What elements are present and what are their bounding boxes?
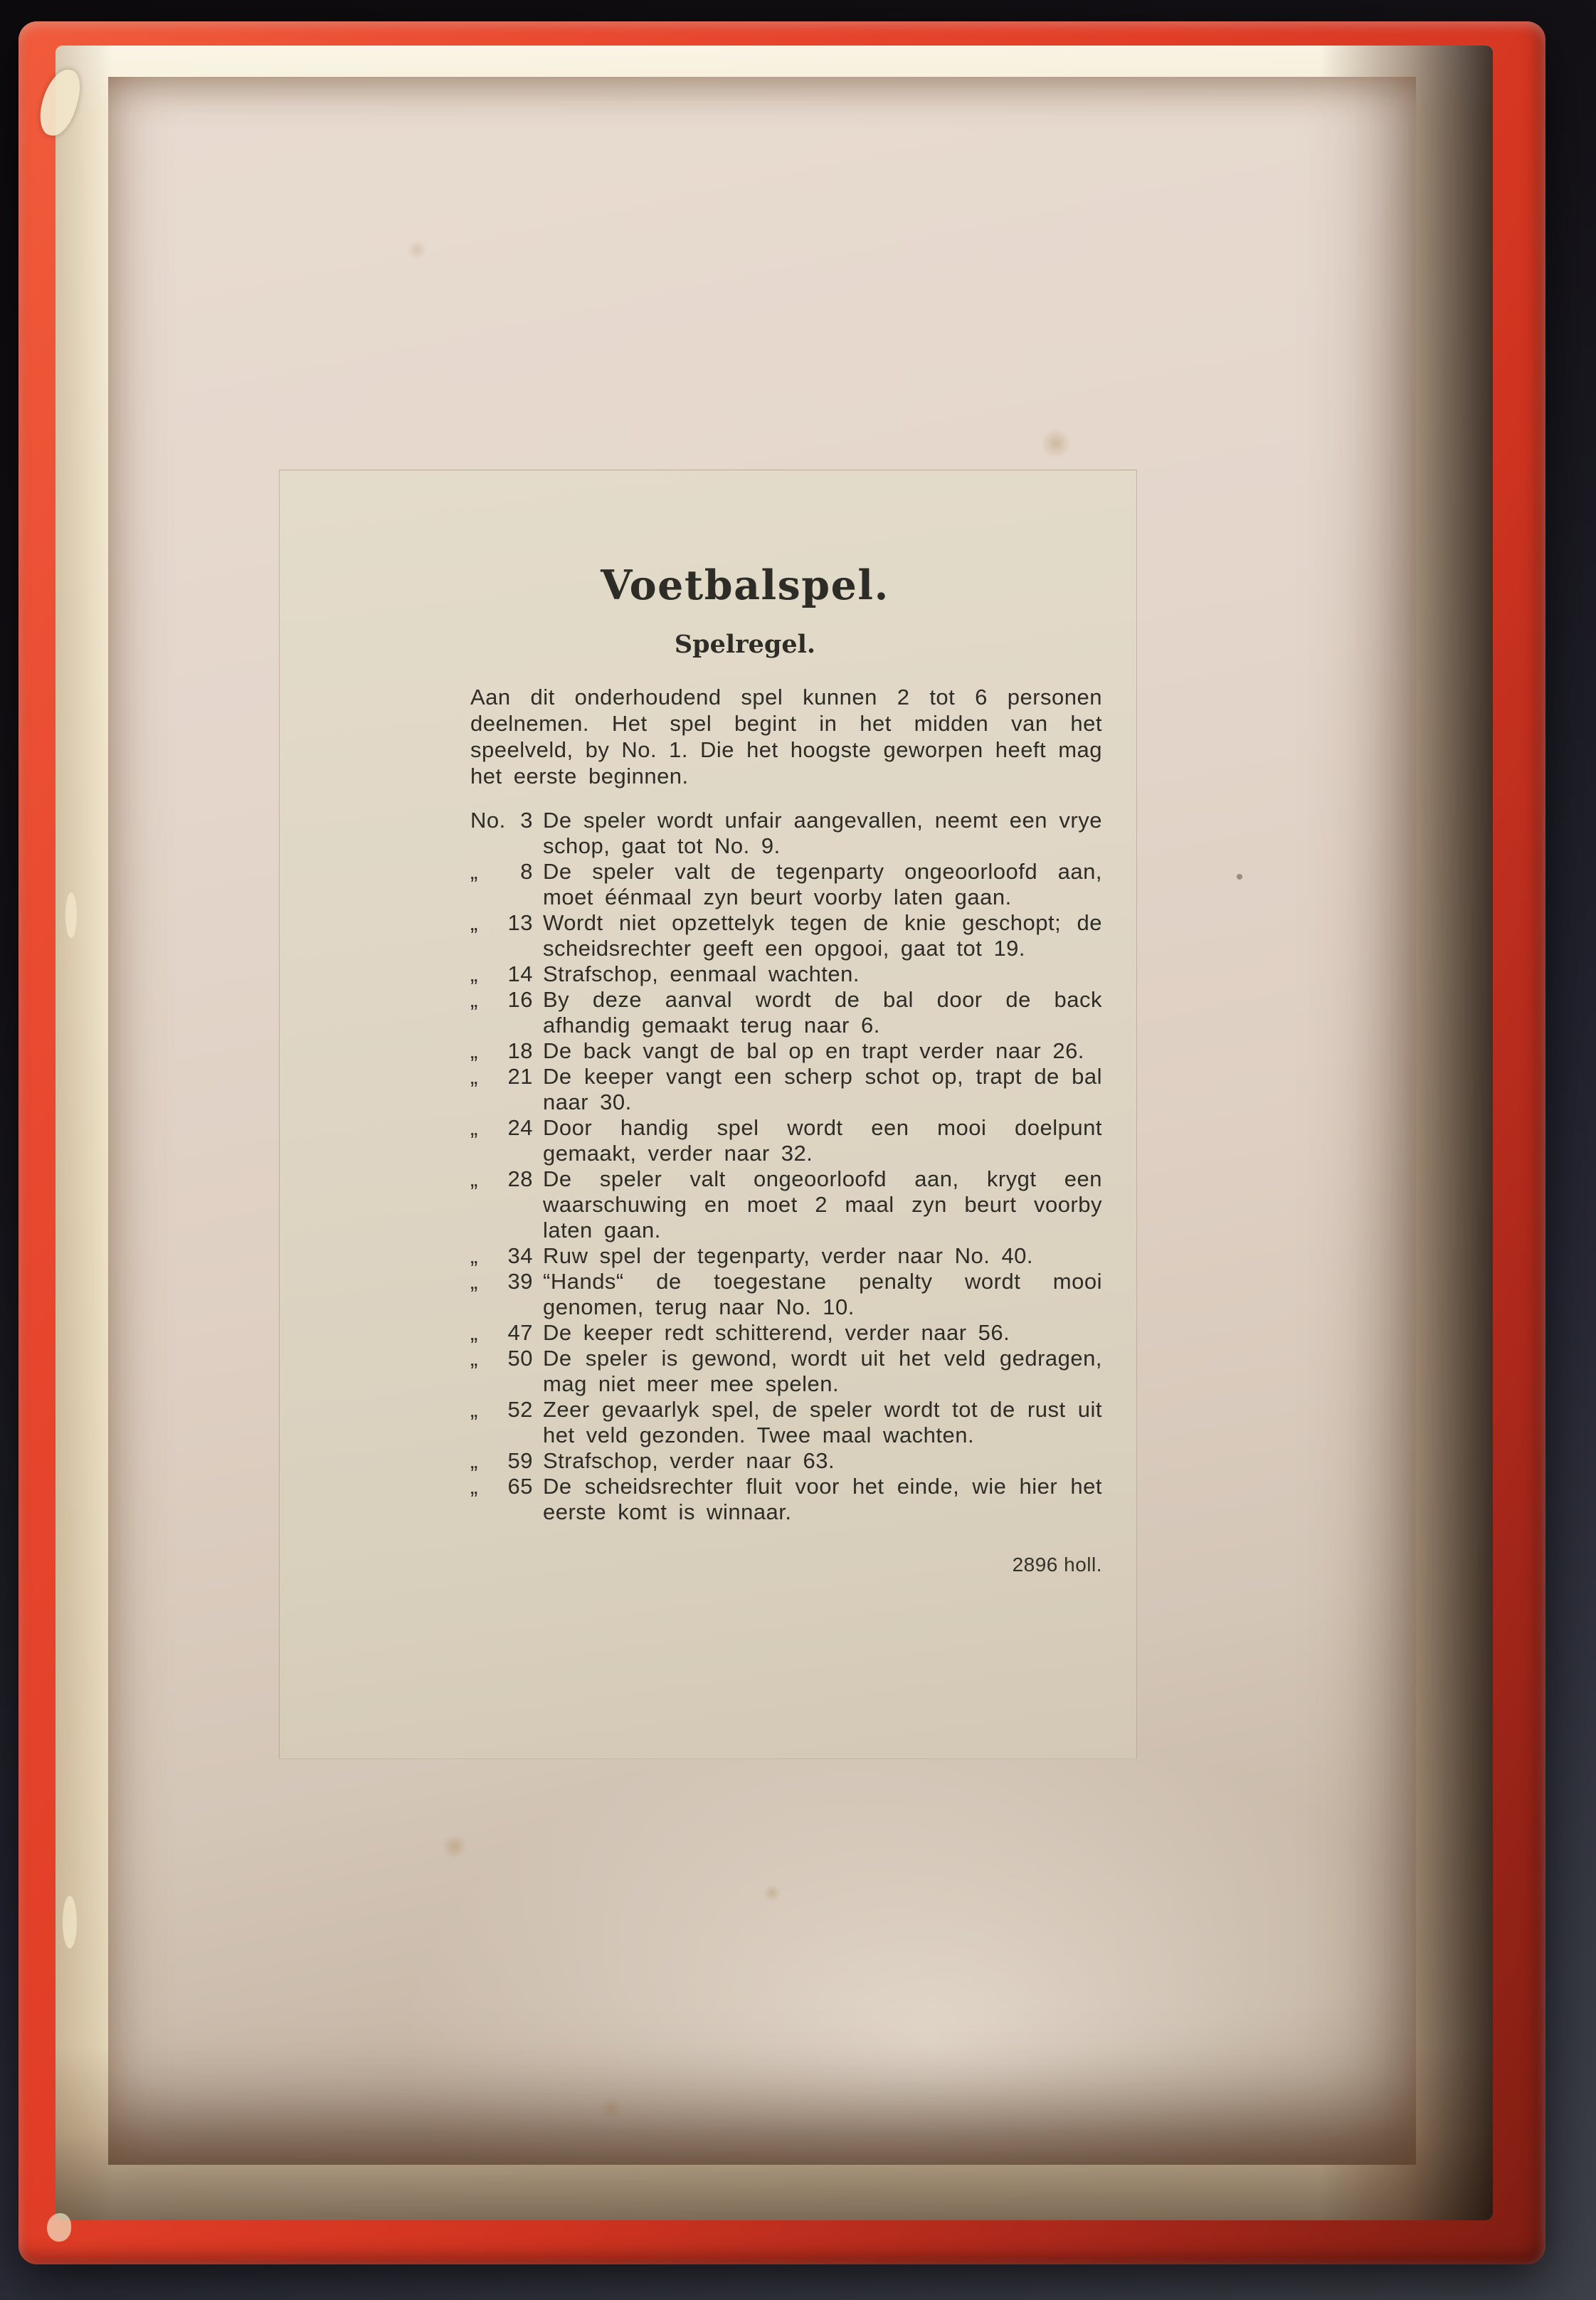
rule-number: 28 <box>503 1166 533 1243</box>
rule-number: 21 <box>503 1064 533 1115</box>
rule-prefix: „ <box>470 1397 503 1448</box>
sheet-title: Voetbalspel. <box>429 563 1061 608</box>
rule-text: Wordt niet opzettelyk tegen de knie gesc… <box>533 910 1102 961</box>
photo-background: Voetbalspel. Spelregel. Aan dit onderhou… <box>0 0 1596 2300</box>
rule-prefix: „ <box>470 1448 503 1474</box>
rule-text: De keeper redt schitterend, verder naar … <box>533 1320 1102 1346</box>
rule-prefix: „ <box>470 1269 503 1320</box>
rule-text: Zeer gevaarlyk spel, de speler wordt tot… <box>533 1397 1102 1448</box>
paper-stain <box>407 241 427 259</box>
rule-text: De keeper vangt een scherp schot op, tra… <box>533 1064 1102 1115</box>
rule-text: Door handig spel wordt een mooi doelpunt… <box>533 1115 1102 1166</box>
rule-text: Strafschop, eenmaal wachten. <box>533 961 1102 987</box>
rule-prefix: „ <box>470 961 503 987</box>
rule-text: By deze aanval wordt de bal door de back… <box>533 987 1102 1038</box>
rule-text: De back vangt de bal op en trapt verder … <box>533 1038 1102 1064</box>
box-floor-paper: Voetbalspel. Spelregel. Aan dit onderhou… <box>108 77 1416 2165</box>
rule-prefix: No. <box>470 808 503 859</box>
paper-stain <box>763 1884 781 1901</box>
rule-row: „ 13 Wordt niet opzettelyk tegen de knie… <box>470 910 1102 961</box>
intro-paragraph: Aan dit onderhoudend spel kunnen 2 tot 6… <box>470 684 1102 789</box>
paper-stain <box>1040 429 1072 458</box>
rule-prefix: „ <box>470 859 503 910</box>
rules-text-column: Voetbalspel. Spelregel. Aan dit onderhou… <box>470 563 1102 1576</box>
rule-prefix: „ <box>470 1166 503 1243</box>
rule-number: 18 <box>503 1038 533 1064</box>
rule-number: 14 <box>503 961 533 987</box>
rule-number: 39 <box>503 1269 533 1320</box>
rule-text: De scheidsrechter fluit voor het einde, … <box>533 1474 1102 1525</box>
rule-text: Ruw spel der tegenparty, verder naar No.… <box>533 1243 1102 1269</box>
rule-row: „ 21 De keeper vangt een scherp schot op… <box>470 1064 1102 1115</box>
paper-speck <box>1237 874 1242 880</box>
rule-text: De speler is gewond, wordt uit het veld … <box>533 1346 1102 1397</box>
box-damage-chip <box>65 892 77 938</box>
rule-row: „ 24 Door handig spel wordt een mooi doe… <box>470 1115 1102 1166</box>
rule-row: „ 28 De speler valt ongeoorloofd aan, kr… <box>470 1166 1102 1243</box>
rule-row: „ 65 De scheidsrechter fluit voor het ei… <box>470 1474 1102 1525</box>
game-box-red-rim: Voetbalspel. Spelregel. Aan dit onderhou… <box>19 21 1545 2264</box>
rule-prefix: „ <box>470 1064 503 1115</box>
rule-number: 34 <box>503 1243 533 1269</box>
sheet-subtitle: Spelregel. <box>429 630 1061 660</box>
rule-row: „ 18 De back vangt de bal op en trapt ve… <box>470 1038 1102 1064</box>
rule-text: “Hands“ de toegestane penalty wordt mooi… <box>533 1269 1102 1320</box>
rule-number: 59 <box>503 1448 533 1474</box>
rule-text: De speler valt ongeoorloofd aan, krygt e… <box>533 1166 1102 1243</box>
rule-number: 16 <box>503 987 533 1038</box>
rule-prefix: „ <box>470 1115 503 1166</box>
rules-sheet: Voetbalspel. Spelregel. Aan dit onderhou… <box>279 470 1137 1759</box>
rule-prefix: „ <box>470 1243 503 1269</box>
rule-text: De speler valt de tegenparty ongeoorloof… <box>533 859 1102 910</box>
rule-prefix: „ <box>470 1346 503 1397</box>
rule-number: 8 <box>503 859 533 910</box>
rule-row: „ 50 De speler is gewond, wordt uit het … <box>470 1346 1102 1397</box>
rule-text: Strafschop, verder naar 63. <box>533 1448 1102 1474</box>
rule-number: 13 <box>503 910 533 961</box>
rule-prefix: „ <box>470 910 503 961</box>
rule-row: „ 8 De speler valt de tegenparty ongeoor… <box>470 859 1102 910</box>
rule-number: 47 <box>503 1320 533 1346</box>
rule-number: 24 <box>503 1115 533 1166</box>
rule-row: „ 16 By deze aanval wordt de bal door de… <box>470 987 1102 1038</box>
rule-row: „ 34 Ruw spel der tegenparty, verder naa… <box>470 1243 1102 1269</box>
box-inner-wall: Voetbalspel. Spelregel. Aan dit onderhou… <box>56 46 1493 2220</box>
rule-number: 50 <box>503 1346 533 1397</box>
rule-text: De speler wordt unfair aangevallen, neem… <box>533 808 1102 859</box>
box-damage-chip <box>63 1896 77 1948</box>
paper-stain <box>441 1835 468 1859</box>
rule-number: 65 <box>503 1474 533 1525</box>
rules-list: No. 3 De speler wordt unfair aangevallen… <box>470 808 1102 1525</box>
print-code: 2896 holl. <box>470 1553 1102 1576</box>
rule-prefix: „ <box>470 987 503 1038</box>
paper-stain <box>599 2098 623 2119</box>
rule-row: No. 3 De speler wordt unfair aangevallen… <box>470 808 1102 859</box>
rule-row: „ 47 De keeper redt schitterend, verder … <box>470 1320 1102 1346</box>
rule-row: „ 52 Zeer gevaarlyk spel, de speler word… <box>470 1397 1102 1448</box>
sheet-headings: Voetbalspel. Spelregel. <box>429 563 1061 660</box>
rule-prefix: „ <box>470 1320 503 1346</box>
rule-number: 52 <box>503 1397 533 1448</box>
rule-prefix: „ <box>470 1038 503 1064</box>
rule-row: „ 59 Strafschop, verder naar 63. <box>470 1448 1102 1474</box>
rule-prefix: „ <box>470 1474 503 1525</box>
rule-number: 3 <box>503 808 533 859</box>
rule-row: „ 14 Strafschop, eenmaal wachten. <box>470 961 1102 987</box>
rule-row: „ 39 “Hands“ de toegestane penalty wordt… <box>470 1269 1102 1320</box>
